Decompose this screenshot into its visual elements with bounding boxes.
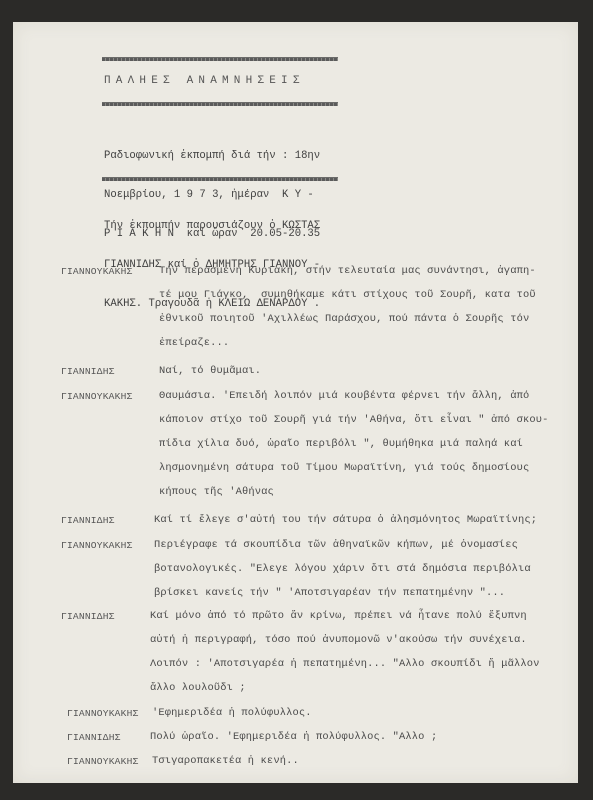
dialogue-line: 'Εφημεριδέα ἡ πολύφυλλος. [152,707,312,719]
speaker-name: ΓΙΑΝΝΙΔΗΣ [61,515,115,526]
speaker-name: ΓΙΑΝΝΟΥΚΑΚΗΣ [67,756,139,767]
speaker-name: ΓΙΑΝΝΟΥΚΑΚΗΣ [61,540,133,551]
presenters-line: Τήν ἐκπομπήν παρουσιάζουν ὁ ΚΩΣΤΑΣ [104,220,320,233]
speaker-name: ΓΙΑΝΝΙΔΗΣ [61,366,115,377]
presenters-info: Τήν ἐκπομπήν παρουσιάζουν ὁ ΚΩΣΤΑΣ ΓΙΑΝΝ… [104,194,320,324]
dialogue-line: Καί μόνο ἀπό τό πρῶτο ἄν κρίνω, πρέπει ν… [150,610,527,622]
document-title: ΠΑΛΗΕΣ ΑΝΑΜΝΗΣΕΙΣ [104,75,305,87]
dialogue-line: ἄλλο λουλοῦδι ; [150,682,246,694]
dialogue-line: ἐπείραζε... [159,337,229,349]
speaker-name: ΓΙΑΝΝΟΥΚΑΚΗΣ [61,266,133,277]
header-rule-top [102,57,338,61]
dialogue-line: βρίσκει κανείς τήν " 'Αποτσιγαρέαν τήν π… [154,587,505,599]
dialogue-line: Θαυμάσια. 'Επειδή λοιπόν μιά κουβέντα φέ… [159,390,529,402]
dialogue-line: Λοιπόν : 'Αποτσιγαρέα ἡ πεπατημένη... "Α… [150,658,540,670]
dialogue-line: πίδια χίλια δυό, ὡραῖο περιβόλι ", θυμήθ… [159,438,523,450]
dialogue-line: Ναί, τό θυμᾶμαι. [159,365,261,377]
dialogue-line: αὐτή ἡ περιγραφή, τόσο πού ἀνυπομονῶ ν'α… [150,634,527,646]
dialogue-line: ἐθνικοῦ ποιητοῦ 'Αχιλλέως Παράσχου, πού … [159,313,529,325]
dialogue-line: βοτανολογικές. "Ελεγε λόγου χάριν ὅτι στ… [154,563,531,575]
dialogue-line: κάποιον στίχο τοῦ Σουρῆ γιά τήν 'Αθήνα, … [159,414,549,426]
header-rule-middle [102,102,338,106]
speaker-name: ΓΙΑΝΝΟΥΚΑΚΗΣ [67,708,139,719]
dialogue-line: Περιέγραφε τά σκουπίδια τῶν ἀθηναϊκῶν κή… [154,539,518,551]
dialogue-line: Πολύ ὡραῖο. 'Εφημεριδέα ἡ πολύφυλλος. "Α… [150,731,437,743]
broadcast-info-line: Ραδιοφωνική ἐκπομπή διά τήν : 18ην [104,150,320,163]
dialogue-line: Τσιγαροπακετέα ἡ κενή.. [152,755,299,767]
speaker-name: ΓΙΑΝΝΟΥΚΑΚΗΣ [61,391,133,402]
speaker-name: ΓΙΑΝΝΙΔΗΣ [67,732,121,743]
dialogue-line: κήπους τῆς 'Αθήνας [159,486,274,498]
speaker-name: ΓΙΑΝΝΙΔΗΣ [61,611,115,622]
dialogue-line: λησμονημένη σάτυρα τοῦ Τίμου Μωραϊτίνη, … [159,462,529,474]
dialogue-line: τέ μου Γιάγκο, συμηθήκαμε κάτι στίχους τ… [159,289,536,301]
dialogue-line: Τήν περασμένη Κυριακή, στήν τελευταία μα… [159,265,536,277]
dialogue-line: Καί τί ἔλεγε σ'αὐτή του τήν σάτυρα ὁ ἀλη… [154,514,537,526]
header-rule-bottom [102,177,338,181]
